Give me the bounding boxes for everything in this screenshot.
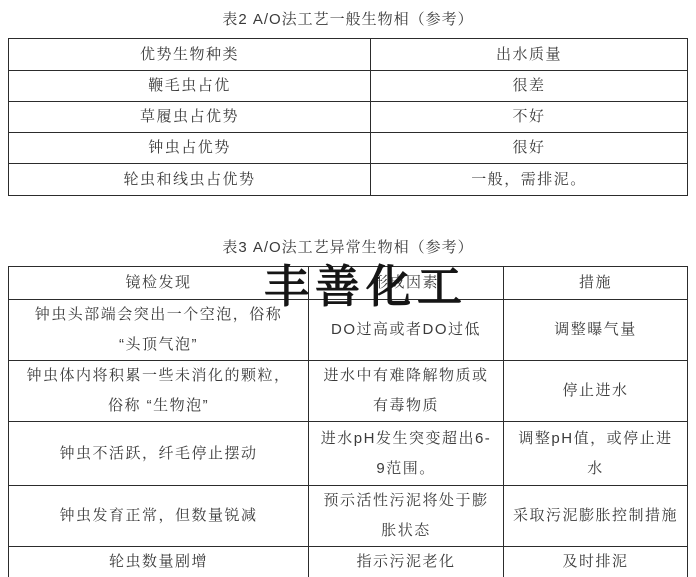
table-cell: 很好 bbox=[370, 133, 687, 164]
table-cell: 鞭毛虫占优 bbox=[9, 71, 371, 102]
column-header: 镜检发现 bbox=[9, 267, 309, 300]
table-row: 轮虫和线虫占优势 一般，需排泥。 bbox=[9, 164, 688, 196]
table-cell: 进水pH发生突变超出6- 9范围。 bbox=[309, 422, 504, 486]
table-cell: 钟虫头部端会突出一个空泡，俗称 “头顶气泡” bbox=[9, 300, 309, 361]
table-row: 轮虫数量剧增 指示污泥老化 及时排泥 bbox=[9, 547, 688, 577]
table-row: 钟虫占优势 很好 bbox=[9, 133, 688, 164]
table-cell: 钟虫体内将积累一些未消化的颗粒， 俗称 “生物泡” bbox=[9, 361, 309, 422]
table-cell: 钟虫不活跃，纤毛停止摆动 bbox=[9, 422, 309, 486]
table3-caption: 表3 A/O法工艺异常生物相（参考） bbox=[0, 237, 696, 259]
table-cell: 草履虫占优势 bbox=[9, 102, 371, 133]
table-cell: 预示活性污泥将处于膨 胀状态 bbox=[309, 486, 504, 547]
table-cell: 钟虫发育正常，但数量锐减 bbox=[9, 486, 309, 547]
table-cell: 钟虫占优势 bbox=[9, 133, 371, 164]
table-row: 钟虫体内将积累一些未消化的颗粒， 俗称 “生物泡” 进水中有难降解物质或 有毒物… bbox=[9, 361, 688, 422]
table-cell: 指示污泥老化 bbox=[309, 547, 504, 577]
table-cell: DO过高或者DO过低 bbox=[309, 300, 504, 361]
general-biophase-table: 优势生物种类 出水质量 鞭毛虫占优 很差 草履虫占优势 不好 钟虫占优势 很好 … bbox=[8, 38, 688, 196]
table2-caption: 表2 A/O法工艺一般生物相（参考） bbox=[0, 9, 696, 31]
table-row: 草履虫占优势 不好 bbox=[9, 102, 688, 133]
table-header-row: 镜检发现 形成因素 措施 bbox=[9, 267, 688, 300]
table-row: 钟虫头部端会突出一个空泡，俗称 “头顶气泡” DO过高或者DO过低 调整曝气量 bbox=[9, 300, 688, 361]
document-page: 表2 A/O法工艺一般生物相（参考） 优势生物种类 出水质量 鞭毛虫占优 很差 … bbox=[0, 0, 696, 577]
table-row: 钟虫不活跃，纤毛停止摆动 进水pH发生突变超出6- 9范围。 调整pH值，或停止… bbox=[9, 422, 688, 486]
table-cell: 调整曝气量 bbox=[503, 300, 687, 361]
table-cell: 采取污泥膨胀控制措施 bbox=[503, 486, 687, 547]
table-cell: 不好 bbox=[370, 102, 687, 133]
column-header: 优势生物种类 bbox=[9, 39, 371, 71]
table-cell: 一般，需排泥。 bbox=[370, 164, 687, 196]
table-cell: 轮虫数量剧增 bbox=[9, 547, 309, 577]
column-header: 形成因素 bbox=[309, 267, 504, 300]
column-header: 措施 bbox=[503, 267, 687, 300]
table-cell: 轮虫和线虫占优势 bbox=[9, 164, 371, 196]
column-header: 出水质量 bbox=[370, 39, 687, 71]
table-cell: 调整pH值，或停止进 水 bbox=[503, 422, 687, 486]
table-cell: 很差 bbox=[370, 71, 687, 102]
table-header-row: 优势生物种类 出水质量 bbox=[9, 39, 688, 71]
table-cell: 及时排泥 bbox=[503, 547, 687, 577]
table-row: 钟虫发育正常，但数量锐减 预示活性污泥将处于膨 胀状态 采取污泥膨胀控制措施 bbox=[9, 486, 688, 547]
abnormal-biophase-table: 镜检发现 形成因素 措施 钟虫头部端会突出一个空泡，俗称 “头顶气泡” DO过高… bbox=[8, 266, 688, 577]
table-cell: 停止进水 bbox=[503, 361, 687, 422]
table-row: 鞭毛虫占优 很差 bbox=[9, 71, 688, 102]
table-cell: 进水中有难降解物质或 有毒物质 bbox=[309, 361, 504, 422]
